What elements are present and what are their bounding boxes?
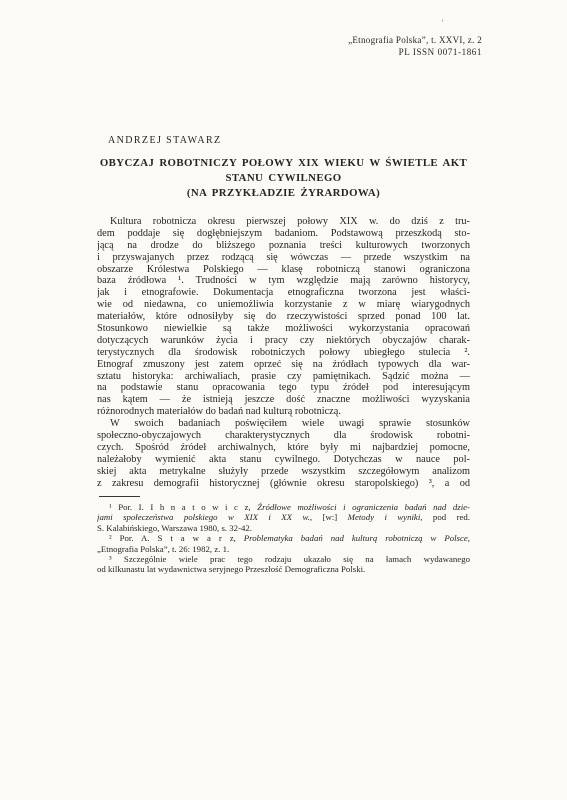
text-line: wie od niedawna, co uniemożliwia korzyst…: [97, 299, 470, 311]
footnote-2: ² Por. A. S t a w a r z, Problematyka ba…: [97, 533, 470, 554]
text-line: na podstawie stanu opracowania tego typu…: [97, 382, 470, 394]
text-line: ² Por. A. S t a w a r z, Problematyka ba…: [97, 533, 470, 543]
text-line: sztatu historyka: archiwaliach, prasie c…: [97, 371, 470, 383]
article-title: OBYCZAJ ROBOTNICZY POŁOWY XIX WIEKU W ŚW…: [97, 156, 470, 200]
text-segment: od kilkunastu lat wydawnictwa seryjnego …: [97, 564, 365, 574]
text-segment: „Etnografia Polska”, t. 26: 1982, z. 1.: [97, 544, 229, 554]
author-name: ANDRZEJ STAWARZ: [108, 135, 222, 146]
text-segment: ¹ Por. I. I h n a t o w i c z,: [109, 502, 257, 512]
text-line: społeczno-obyczajowych charakterystyczny…: [97, 430, 470, 442]
journal-reference: „Etnografia Polska”, t. XXVI, z. 2 PL IS…: [348, 35, 482, 58]
text-line: należałoby wymienić akta stanu cywilnego…: [97, 454, 470, 466]
text-line: Kultura robotnicza okresu pierwszej poło…: [97, 216, 470, 228]
scan-artifact: ’: [441, 18, 444, 28]
italic-text-segment: Problematyka badań nad kulturą robotnicz…: [244, 533, 470, 543]
text-line: i przyswajanych przez rodzącą się wówcza…: [97, 252, 470, 264]
text-line: czych. Spośród źródeł archiwalnych, któr…: [97, 442, 470, 454]
footnote-separator: [99, 496, 140, 497]
text-line: dotyczących warunków życia i pracy czy n…: [97, 335, 470, 347]
text-line: terystycznych dla środowisk robotniczych…: [97, 347, 470, 359]
paragraph-2: W swoich badaniach poświęciłem wiele uwa…: [97, 418, 470, 489]
text-segment: , pod red.: [420, 512, 470, 522]
footnote-1: ¹ Por. I. I h n a t o w i c z, Źródłowe …: [97, 502, 470, 533]
text-segment: ² Por. A. S t a w a r z,: [109, 533, 244, 543]
italic-text-segment: jami społeczeństwa polskiego w XIX i XX …: [97, 512, 312, 522]
text-segment: [w:]: [312, 512, 348, 522]
text-line: z zakresu demografii historycznej (główn…: [97, 478, 470, 490]
text-line: jak i etnografowie. Dokumentacja etnogra…: [97, 287, 470, 299]
document-page: „Etnografia Polska”, t. XXVI, z. 2 PL IS…: [0, 0, 567, 800]
text-line: materiałów, które odnosiłyby się do rzec…: [97, 311, 470, 323]
text-line: Stosunkowo niewielkie są także możliwośc…: [97, 323, 470, 335]
text-line: Etnograf zmuszony jest zatem oprzeć się …: [97, 359, 470, 371]
text-line: (NA PRZYKŁADZIE ŻYRARDOWA): [97, 186, 470, 201]
text-line: jami społeczeństwa polskiego w XIX i XX …: [97, 512, 470, 522]
text-line: dem poddaje się dogłębniejszym badaniom.…: [97, 228, 470, 240]
text-line: W swoich badaniach poświęciłem wiele uwa…: [97, 418, 470, 430]
footnote-3: ³ Szczególnie wiele prac tego rodzaju uk…: [97, 554, 470, 575]
paragraph-1: Kultura robotnicza okresu pierwszej poło…: [97, 216, 470, 418]
text-line: nas kątem — że istnieją jeszcze dość zna…: [97, 394, 470, 406]
text-line: skiej akta metrykalne służyły przede wsz…: [97, 466, 470, 478]
text-line: różnorodnych materiałów do badań nad kul…: [97, 406, 470, 418]
italic-text-segment: Metody i wyniki: [348, 512, 421, 522]
italic-text-segment: Źródłowe możliwości i ograniczenia badań…: [257, 502, 470, 512]
text-line: OBYCZAJ ROBOTNICZY POŁOWY XIX WIEKU W ŚW…: [97, 156, 470, 171]
text-line: jącą na drodze do bliższego poznania tre…: [97, 240, 470, 252]
journal-reference-issn: PL ISSN 0071-1861: [348, 47, 482, 59]
text-line: baza źródłowa ¹. Trudności w tym względz…: [97, 275, 470, 287]
text-segment: ³ Szczególnie wiele prac tego rodzaju uk…: [109, 554, 470, 564]
text-line: „Etnografia Polska”, t. 26: 1982, z. 1.: [97, 544, 470, 554]
text-line: STANU CYWILNEGO: [97, 171, 470, 186]
text-line: obszarze Królestwa Polskiego — klasę rob…: [97, 264, 470, 276]
text-line: od kilkunastu lat wydawnictwa seryjnego …: [97, 564, 470, 574]
text-segment: S. Kalabińskiego, Warszawa 1980, s. 32-4…: [97, 523, 252, 533]
text-line: ¹ Por. I. I h n a t o w i c z, Źródłowe …: [97, 502, 470, 512]
footnotes: ¹ Por. I. I h n a t o w i c z, Źródłowe …: [97, 502, 470, 575]
body-text: Kultura robotnicza okresu pierwszej poło…: [97, 216, 470, 489]
journal-reference-volume: „Etnografia Polska”, t. XXVI, z. 2: [348, 35, 482, 47]
text-line: ³ Szczególnie wiele prac tego rodzaju uk…: [97, 554, 470, 564]
text-line: S. Kalabińskiego, Warszawa 1980, s. 32-4…: [97, 523, 470, 533]
